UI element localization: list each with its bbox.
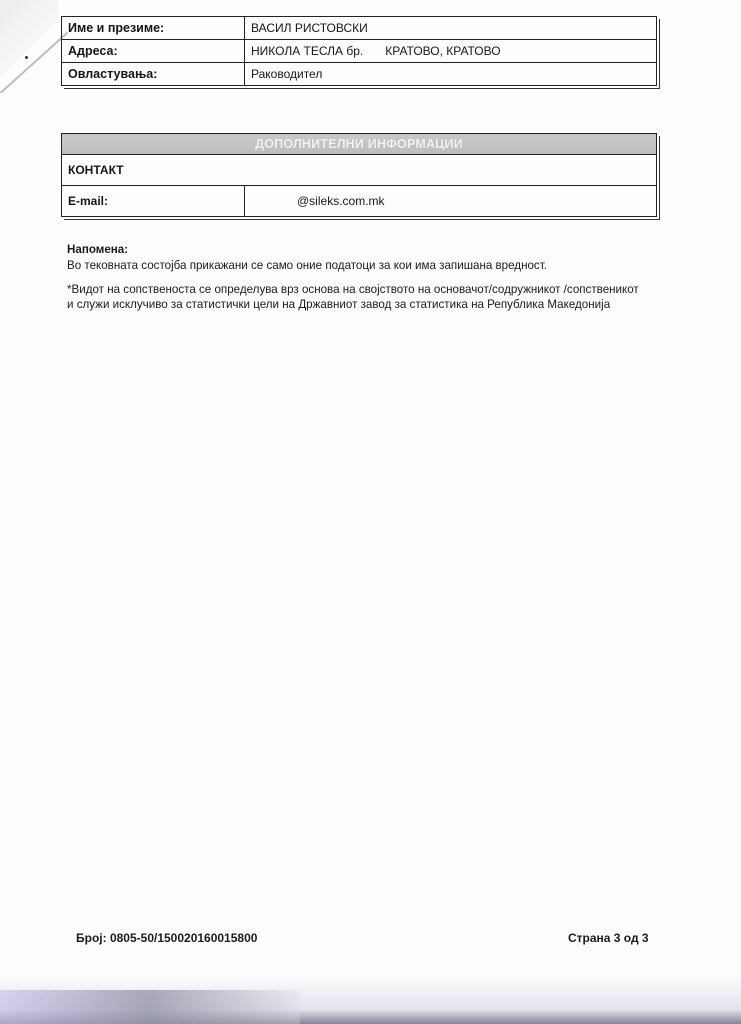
table-row: Име и презиме: ВАСИЛ РИСТОВСКИ	[62, 17, 657, 40]
table-row: КОНТАКТ	[62, 155, 657, 186]
ownership-footnote: *Видот на сопственоста се определува врз…	[67, 282, 647, 312]
table-row: Адреса: НИКОЛА ТЕСЛА бр.КРАТОВО, КРАТОВО	[62, 40, 657, 63]
email-value: @sileks.com.mk	[245, 186, 657, 217]
authority-value: Раководител	[245, 63, 657, 86]
table-row: Овластувања: Раководител	[62, 63, 657, 86]
additional-info-table: ДОПОЛНИТЕЛНИ ИНФОРМАЦИИ КОНТАКТ E-mail: …	[61, 133, 657, 217]
person-details-table: Име и презиме: ВАСИЛ РИСТОВСКИ Адреса: Н…	[61, 16, 657, 86]
address-city: КРАТОВО, КРАТОВО	[385, 44, 500, 58]
note-title: Напомена:	[67, 242, 128, 257]
scan-speck	[25, 56, 28, 59]
page-number: Страна 3 од 3	[568, 931, 649, 945]
authority-label: Овластувања:	[62, 63, 245, 86]
table-row: E-mail: @sileks.com.mk	[62, 186, 657, 217]
section-header: ДОПОЛНИТЕЛНИ ИНФОРМАЦИИ	[62, 134, 657, 155]
email-label: E-mail:	[62, 186, 245, 217]
contact-label: КОНТАКТ	[62, 155, 657, 186]
address-street: НИКОЛА ТЕСЛА бр.	[251, 44, 363, 58]
name-label: Име и презиме:	[62, 17, 245, 40]
address-value: НИКОЛА ТЕСЛА бр.КРАТОВО, КРАТОВО	[245, 40, 657, 63]
document-number: Број: 0805-50/150020160015800	[76, 931, 257, 945]
table-row: ДОПОЛНИТЕЛНИ ИНФОРМАЦИИ	[62, 134, 657, 155]
scan-artifact-color	[0, 990, 300, 1024]
address-label: Адреса:	[62, 40, 245, 63]
name-value: ВАСИЛ РИСТОВСКИ	[245, 17, 657, 40]
note-text: Во тековната состојба прикажани се само …	[67, 258, 547, 273]
